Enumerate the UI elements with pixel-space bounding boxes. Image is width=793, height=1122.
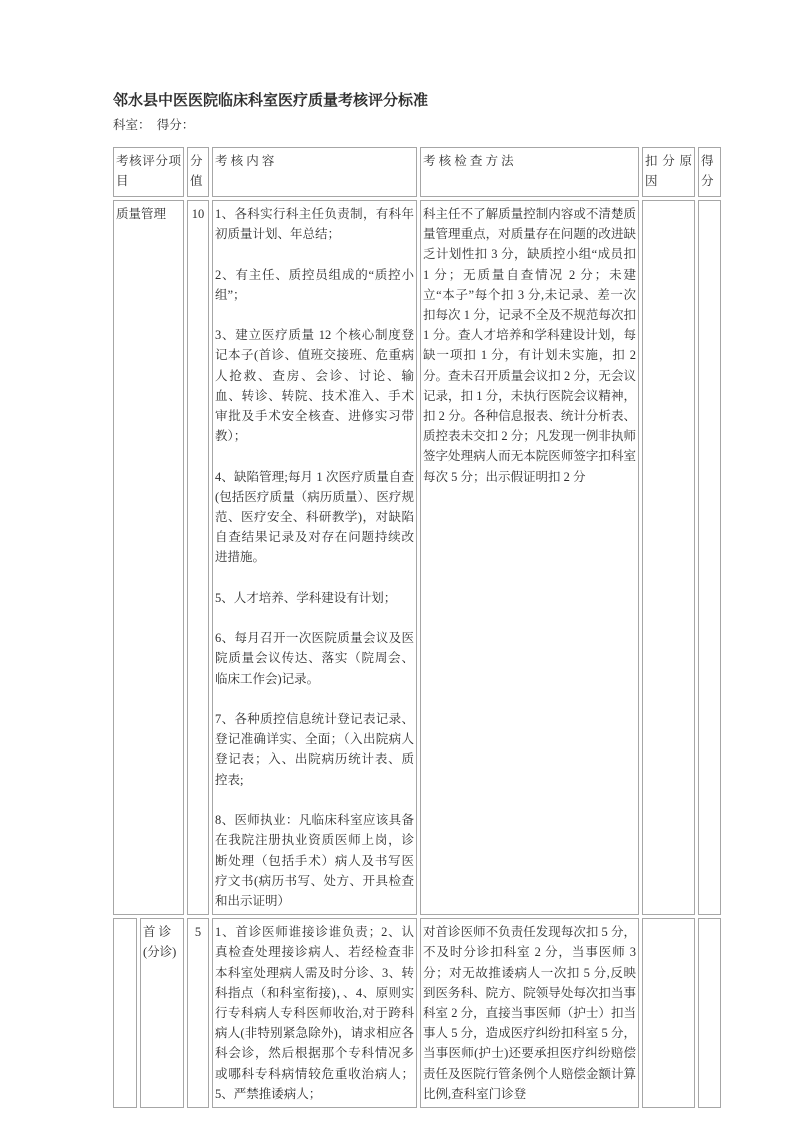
spacer-cell	[113, 918, 137, 1108]
item-cell-first-visit: 首 诊 (分诊)	[140, 918, 184, 1108]
score-cell	[698, 200, 721, 915]
header-score: 得分	[698, 147, 721, 197]
header-content: 考 核 内 容	[212, 147, 417, 197]
assessment-table: 考核评分项目 分值 考 核 内 容 考 核 检 查 方 法 扣分原因 得分 质量…	[110, 144, 724, 1111]
row-first-visit: 首 诊 (分诊) 5 1、首诊医师谁接诊谁负责；2、认真检查处理接诊病人、若经检…	[113, 918, 721, 1108]
method-cell: 对首诊医师不负责任发现每次扣 5 分，不及时分诊扣科室 2 分，当事医师 3 分…	[420, 918, 639, 1108]
score-value-cell: 10	[187, 200, 209, 915]
score-value-cell: 5	[187, 918, 209, 1108]
document-title: 邻水县中医医院临床科室医疗质量考核评分标准	[113, 90, 733, 112]
row-quality-management: 质量管理 10 1、各科实行科主任负责制，有科年初质量计划、年总结； 2、有主任…	[113, 200, 721, 915]
content-cell: 1、各科实行科主任负责制，有科年初质量计划、年总结； 2、有主任、质控员组成的“…	[212, 200, 417, 915]
score-cell	[698, 918, 721, 1108]
table-header-row: 考核评分项目 分值 考 核 内 容 考 核 检 查 方 法 扣分原因 得分	[113, 147, 721, 197]
deduction-reason-cell	[642, 200, 695, 915]
header-item: 考核评分项目	[113, 147, 184, 197]
header-deduction-reason: 扣分原因	[642, 147, 695, 197]
header-score-value: 分值	[187, 147, 209, 197]
header-method: 考 核 检 查 方 法	[420, 147, 639, 197]
content-cell: 1、首诊医师谁接诊谁负责；2、认真检查处理接诊病人、若经检查非本科室处理病人需及…	[212, 918, 417, 1108]
deduction-reason-cell	[642, 918, 695, 1108]
document-page: 邻水县中医医院临床科室医疗质量考核评分标准 科室： 得分： 考核评分项目 分值 …	[0, 0, 793, 1111]
method-cell: 科主任不了解质量控制内容或不清楚质量管理重点，对质量存在问题的改进缺乏计划性扣 …	[420, 200, 639, 915]
dept-score-line: 科室： 得分：	[113, 116, 733, 135]
item-cell-quality-management: 质量管理	[113, 200, 184, 915]
